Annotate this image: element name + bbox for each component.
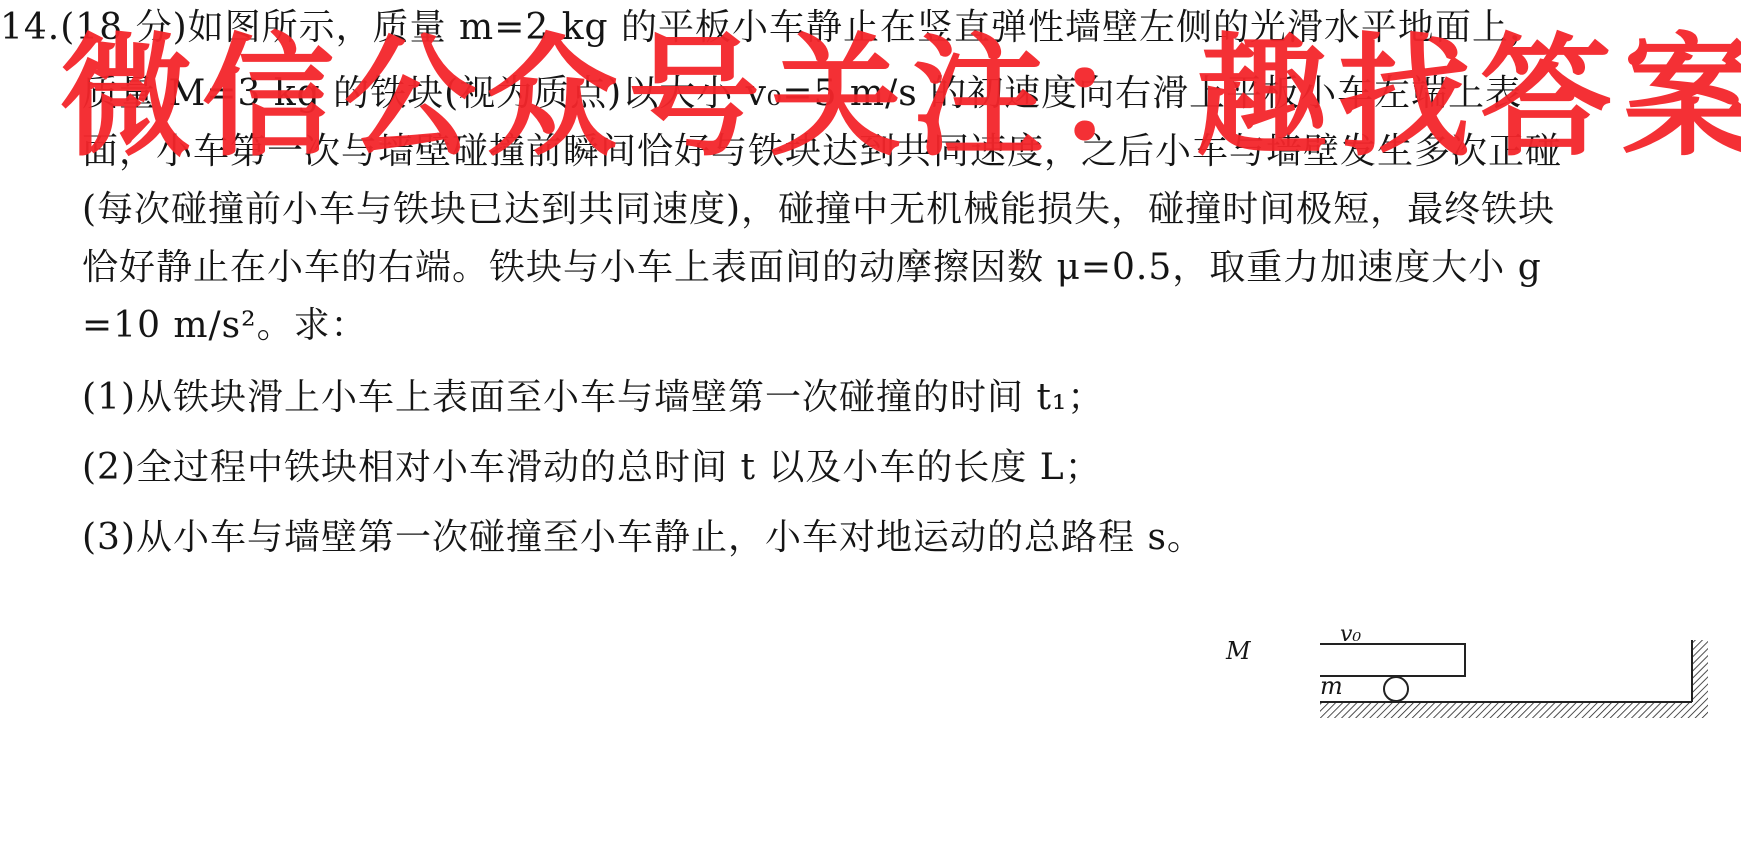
block-label: M <box>1226 637 1251 665</box>
question-text-line: 恰好静止在小车的右端。铁块与小车上表面间的动摩擦因数 μ=0.5，取重力加速度大… <box>82 247 1542 288</box>
ground-hatch <box>1320 702 1692 718</box>
velocity-label: v₀ <box>1340 622 1361 647</box>
question-text-line: (每次碰撞前小车与铁块已达到共同速度)，碰撞中无机械能损失，碰撞时间极短，最终铁… <box>82 189 1555 230</box>
question-text-line: =10 m/s²。求： <box>82 305 368 346</box>
question-line-5: 恰好静止在小车的右端。铁块与小车上表面间的动摩擦因数 μ=0.5，取重力加速度大… <box>82 244 1542 292</box>
watermark-text: 微信公众号关注：趣找答案 <box>60 28 1741 168</box>
wheel-right <box>1384 677 1408 701</box>
sub-question-text: (1)从铁块滑上小车上表面至小车与墙壁第一次碰撞的时间 t₁； <box>82 377 1104 418</box>
sub-question-text: (3)从小车与墙壁第一次碰撞至小车静止，小车对地运动的总路程 s。 <box>82 517 1204 558</box>
question-number: 14. <box>0 7 60 48</box>
cart-wall-diagram <box>1320 640 1741 850</box>
question-line-4: (每次碰撞前小车与铁块已达到共同速度)，碰撞中无机械能损失，碰撞时间极短，最终铁… <box>82 186 1555 234</box>
sub-question-text: (2)全过程中铁块相对小车滑动的总时间 t 以及小车的长度 L； <box>82 447 1102 488</box>
sub-question-2: (2)全过程中铁块相对小车滑动的总时间 t 以及小车的长度 L； <box>82 444 1102 492</box>
sub-question-3: (3)从小车与墙壁第一次碰撞至小车静止，小车对地运动的总路程 s。 <box>82 514 1204 562</box>
question-line-6: =10 m/s²。求： <box>82 302 368 350</box>
sub-question-1: (1)从铁块滑上小车上表面至小车与墙壁第一次碰撞的时间 t₁； <box>82 374 1104 422</box>
wall-hatch <box>1692 640 1708 718</box>
cart-label: m <box>1320 672 1343 700</box>
